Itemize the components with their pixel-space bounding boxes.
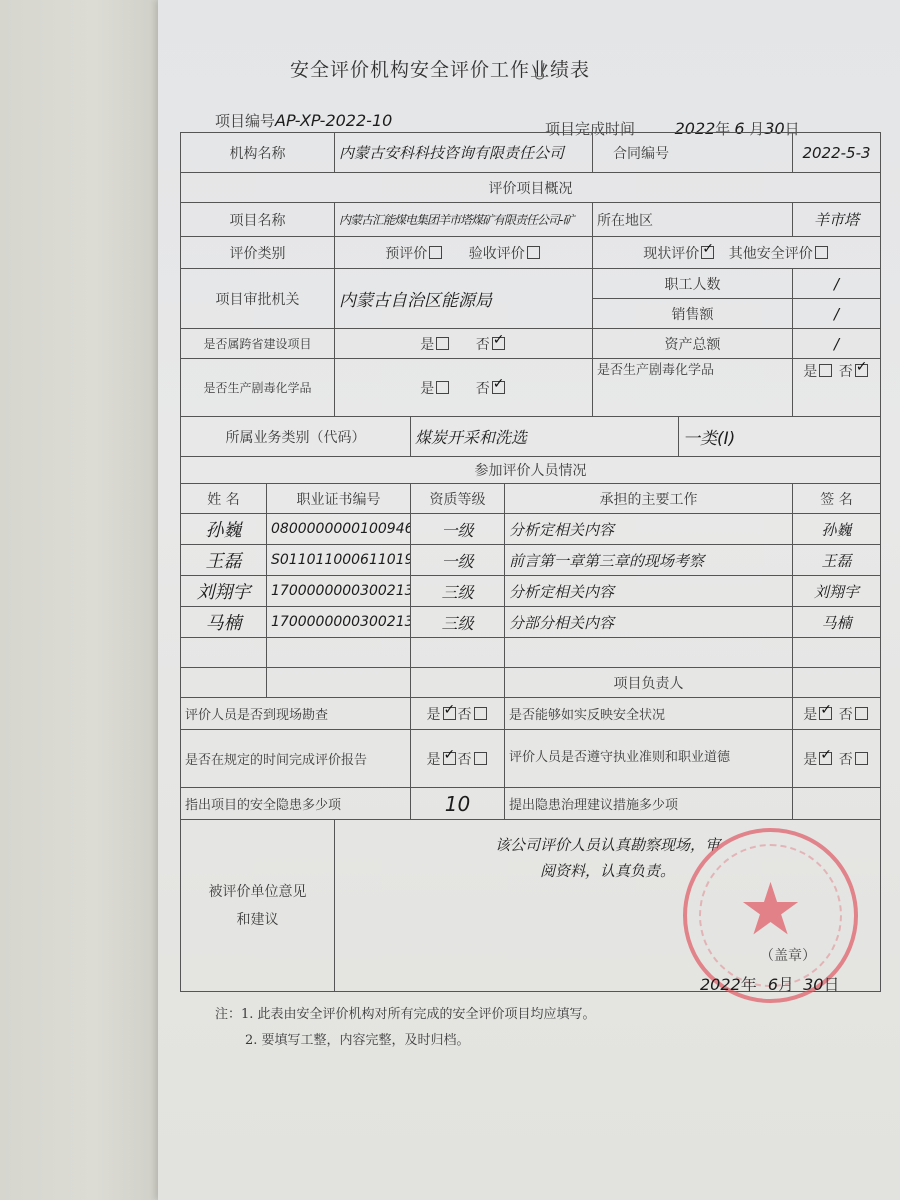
site-visit-label: 评价人员是否到现场勘查 bbox=[181, 698, 411, 730]
sign-year: 2022 bbox=[700, 975, 741, 994]
checkbox-cross-province-yes[interactable] bbox=[436, 337, 449, 350]
empty-cell bbox=[793, 668, 881, 698]
checkbox-ethics-yes[interactable] bbox=[819, 752, 832, 765]
no-label: 否 bbox=[839, 752, 853, 768]
on-time-no[interactable]: 否 bbox=[458, 752, 489, 768]
person-level: 三级 bbox=[441, 614, 473, 633]
assets-label: 资产总额 bbox=[593, 329, 793, 359]
project-number-label: 项目编号 bbox=[215, 112, 275, 130]
person-name-cell: 马楠 bbox=[181, 607, 267, 638]
measures-value bbox=[793, 788, 881, 820]
employees-text: / bbox=[834, 275, 839, 293]
approval-value: 内蒙古自治区能源局 bbox=[335, 269, 593, 329]
eval-type-other-label: 其他安全评价 bbox=[729, 246, 813, 262]
sign-month: 6 bbox=[768, 975, 778, 994]
empty-cell bbox=[505, 638, 793, 668]
person-work-cell: 分析定相关内容 bbox=[505, 514, 793, 545]
person-cert: S011011000611019100118 bbox=[271, 552, 411, 568]
person-level-cell: 三级 bbox=[411, 607, 505, 638]
person-signature: 马楠 bbox=[822, 614, 852, 632]
person-signature: 王磊 bbox=[822, 552, 852, 570]
reflect-no[interactable]: 否 bbox=[839, 707, 870, 723]
checkbox-other-eval[interactable] bbox=[815, 246, 828, 259]
eval-type-pre[interactable]: 预评价 bbox=[385, 246, 444, 262]
note-2: 2. 要填写工整，内容完整，及时归档。 bbox=[215, 1028, 596, 1054]
hazards-count: 10 bbox=[445, 792, 470, 816]
form-notes: 注：1. 此表由安全评价机构对所有完成的安全评价项目均应填写。 2. 要填写工整… bbox=[215, 1002, 596, 1054]
col-header-name: 姓 名 bbox=[181, 484, 267, 514]
no-label: 否 bbox=[839, 707, 853, 723]
project-leader-label: 项目负责人 bbox=[505, 668, 793, 698]
yes-label: 是 bbox=[427, 752, 441, 768]
eval-type-pre-label: 预评价 bbox=[385, 246, 427, 262]
on-time-label: 是否在规定的时间完成评价报告 bbox=[181, 730, 411, 788]
no-label: 否 bbox=[458, 752, 472, 768]
eval-type-other[interactable]: 其他安全评价 bbox=[729, 246, 830, 262]
yes-label: 是 bbox=[803, 707, 817, 723]
person-name-cell: 孙巍 bbox=[181, 514, 267, 545]
toxic2-no[interactable]: 否 bbox=[839, 364, 870, 380]
eval-type-current[interactable]: 现状评价 bbox=[643, 246, 716, 262]
employees-label: 职工人数 bbox=[593, 269, 793, 299]
checkbox-site-visit-yes[interactable] bbox=[443, 707, 456, 720]
month-char: 月 bbox=[778, 975, 794, 994]
business-category-value: 煤炭开采和洗选 bbox=[411, 417, 679, 457]
approval-label: 项目审批机关 bbox=[181, 269, 335, 329]
checkbox-cross-province-no[interactable] bbox=[492, 337, 505, 350]
business-code-text: 一类(I) bbox=[683, 429, 735, 449]
person-name: 刘翔宇 bbox=[197, 582, 251, 603]
table-row: 马楠1700000000300213三级分部分相关内容马楠 bbox=[181, 607, 881, 638]
checkbox-toxic2-yes[interactable] bbox=[819, 364, 832, 377]
reflect-safety-options: 是 否 bbox=[793, 698, 881, 730]
empty-cell bbox=[181, 638, 267, 668]
pen-scribble-mark bbox=[532, 62, 552, 82]
project-name-label: 项目名称 bbox=[181, 203, 335, 237]
no-label: 否 bbox=[458, 707, 472, 723]
person-name-cell: 刘翔宇 bbox=[181, 576, 267, 607]
person-signature-cell: 王磊 bbox=[793, 545, 881, 576]
project-name-text: 内蒙古汇能煤电集团羊市塔煤矿有限责任公司-矿 bbox=[339, 213, 573, 227]
checkbox-reflect-no[interactable] bbox=[855, 707, 868, 720]
person-cert: 1700000000300213 bbox=[271, 614, 411, 630]
person-level: 三级 bbox=[441, 583, 473, 602]
sign-date: 2022年 6月 30日 bbox=[700, 972, 840, 995]
empty-cell bbox=[411, 638, 505, 668]
person-work-cell: 前言第一章第三章的现场考察 bbox=[505, 545, 793, 576]
checkbox-toxic2-no[interactable] bbox=[855, 364, 868, 377]
contract-text: 2022-5-3 bbox=[802, 144, 870, 162]
note-1: 注：1. 此表由安全评价机构对所有完成的安全评价项目均应填写。 bbox=[215, 1002, 596, 1028]
checkbox-toxic-no[interactable] bbox=[492, 381, 505, 394]
no-label: 否 bbox=[476, 337, 490, 353]
table-row: 刘翔宇1700000000300213三级分析定相关内容刘翔宇 bbox=[181, 576, 881, 607]
business-category-label: 所属业务类别（代码） bbox=[181, 417, 411, 457]
personnel-header-row: 姓 名 职业证书编号 资质等级 承担的主要工作 签 名 bbox=[181, 484, 881, 514]
toxic-yes[interactable]: 是 bbox=[420, 381, 451, 397]
region-text: 羊市塔 bbox=[814, 211, 859, 229]
site-visit-options: 是否 bbox=[411, 698, 505, 730]
measures-label: 提出隐患治理建议措施多少项 bbox=[505, 788, 793, 820]
empty-cell bbox=[267, 668, 411, 698]
empty-cell bbox=[181, 668, 267, 698]
person-name: 王磊 bbox=[206, 551, 242, 572]
person-signature: 刘翔宇 bbox=[814, 583, 859, 601]
person-level-cell: 三级 bbox=[411, 576, 505, 607]
toxic-chemicals-options-2: 是 否 bbox=[793, 359, 881, 417]
person-work: 分析定相关内容 bbox=[509, 521, 614, 539]
ethics-yes[interactable]: 是 bbox=[803, 752, 834, 768]
col-header-level: 资质等级 bbox=[411, 484, 505, 514]
eval-type-acceptance[interactable]: 验收评价 bbox=[469, 246, 542, 262]
cross-province-yes[interactable]: 是 bbox=[420, 337, 451, 353]
toxic-chemicals-options: 是 否 bbox=[335, 359, 593, 417]
checkbox-pre-eval[interactable] bbox=[429, 246, 442, 259]
contract-label: 合同编号 bbox=[593, 133, 793, 173]
eval-type-label: 评价类别 bbox=[181, 237, 335, 269]
eval-type-acceptance-label: 验收评价 bbox=[469, 246, 525, 262]
yes-label: 是 bbox=[427, 707, 441, 723]
person-work-cell: 分部分相关内容 bbox=[505, 607, 793, 638]
person-level-cell: 一级 bbox=[411, 545, 505, 576]
checkbox-site-visit-no[interactable] bbox=[474, 707, 487, 720]
hazards-label: 指出项目的安全隐患多少项 bbox=[181, 788, 411, 820]
project-number-value: AP-XP-2022-10 bbox=[275, 111, 392, 130]
person-cert: 1700000000300213 bbox=[271, 583, 411, 599]
person-work: 前言第一章第三章的现场考察 bbox=[509, 552, 704, 570]
col-header-cert: 职业证书编号 bbox=[267, 484, 411, 514]
form-title: 安全评价机构安全评价工作业绩表 bbox=[180, 55, 700, 82]
eval-type-options-a: 预评价 验收评价 bbox=[335, 237, 593, 269]
yes-label: 是 bbox=[420, 381, 434, 397]
yes-label: 是 bbox=[803, 364, 817, 380]
ethics-options: 是 否 bbox=[793, 730, 881, 788]
cross-province-label: 是否属跨省建设项目 bbox=[181, 329, 335, 359]
eval-type-current-label: 现状评价 bbox=[643, 246, 699, 262]
person-name: 马楠 bbox=[206, 613, 242, 634]
contract-value: 2022-5-3 bbox=[793, 133, 881, 173]
person-signature: 孙巍 bbox=[822, 521, 852, 539]
empty-cell bbox=[267, 638, 411, 668]
person-cert-cell: 0800000000100946 bbox=[267, 514, 411, 545]
sign-day: 30 bbox=[803, 975, 823, 994]
person-work-cell: 分析定相关内容 bbox=[505, 576, 793, 607]
adjacent-page bbox=[0, 0, 158, 1200]
opinion-label-line2: 和建议 bbox=[185, 906, 330, 934]
empty-cell bbox=[793, 638, 881, 668]
person-level: 一级 bbox=[441, 552, 473, 571]
checkbox-on-time-no[interactable] bbox=[474, 752, 487, 765]
business-category-code: 一类(I) bbox=[679, 417, 881, 457]
toxic2-yes[interactable]: 是 bbox=[803, 364, 834, 380]
empty-cell bbox=[411, 668, 505, 698]
on-time-yes[interactable]: 是 bbox=[427, 752, 458, 768]
site-visit-yes[interactable]: 是 bbox=[427, 707, 458, 723]
person-work: 分部分相关内容 bbox=[509, 614, 614, 632]
sales-value: / bbox=[793, 299, 881, 329]
reflect-yes[interactable]: 是 bbox=[803, 707, 834, 723]
table-row: 孙巍0800000000100946一级分析定相关内容孙巍 bbox=[181, 514, 881, 545]
toxic-chemicals-label-2: 是否生产剧毒化学品 bbox=[593, 359, 793, 417]
person-signature-cell: 刘翔宇 bbox=[793, 576, 881, 607]
ethics-no[interactable]: 否 bbox=[839, 752, 870, 768]
approval-text: 内蒙古自治区能源局 bbox=[339, 291, 492, 311]
person-signature-cell: 孙巍 bbox=[793, 514, 881, 545]
toxic-no[interactable]: 否 bbox=[476, 381, 507, 397]
checkbox-acceptance-eval[interactable] bbox=[527, 246, 540, 259]
site-visit-no[interactable]: 否 bbox=[458, 707, 489, 723]
hazards-value: 10 bbox=[411, 788, 505, 820]
sales-text: / bbox=[834, 305, 839, 323]
personnel-rows: 孙巍0800000000100946一级分析定相关内容孙巍王磊S01101100… bbox=[181, 514, 881, 638]
overview-section-title: 评价项目概况 bbox=[181, 173, 881, 203]
col-header-sign: 签 名 bbox=[793, 484, 881, 514]
checkbox-ethics-no[interactable] bbox=[855, 752, 868, 765]
person-cert-cell: S011011000611019100118 bbox=[267, 545, 411, 576]
empty-row bbox=[181, 638, 881, 668]
assets-text: / bbox=[834, 335, 839, 353]
opinion-label: 被评价单位意见 和建议 bbox=[181, 820, 335, 992]
yes-label: 是 bbox=[420, 337, 434, 353]
person-level-cell: 一级 bbox=[411, 514, 505, 545]
eval-type-options-b: 现状评价 其他安全评价 bbox=[593, 237, 881, 269]
checkbox-toxic-yes[interactable] bbox=[436, 381, 449, 394]
sales-label: 销售额 bbox=[593, 299, 793, 329]
year-char: 年 bbox=[741, 975, 757, 994]
person-work: 分析定相关内容 bbox=[509, 583, 614, 601]
person-cert-cell: 1700000000300213 bbox=[267, 607, 411, 638]
checkbox-current-eval[interactable] bbox=[701, 246, 714, 259]
org-name-value: 内蒙古安科科技咨询有限责任公司 bbox=[335, 133, 593, 173]
person-level: 一级 bbox=[441, 521, 473, 540]
person-name: 孙巍 bbox=[206, 520, 242, 541]
table-row: 王磊S011011000611019100118一级前言第一章第三章的现场考察王… bbox=[181, 545, 881, 576]
seal-label: （盖章） bbox=[760, 945, 816, 965]
checkbox-on-time-yes[interactable] bbox=[443, 752, 456, 765]
ethics-label: 评价人员是否遵守执业准则和职业道德 bbox=[505, 730, 793, 788]
no-label: 否 bbox=[839, 364, 853, 380]
cross-province-options: 是 否 bbox=[335, 329, 593, 359]
cross-province-no[interactable]: 否 bbox=[476, 337, 507, 353]
personnel-section-title: 参加评价人员情况 bbox=[181, 457, 881, 484]
project-number: 项目编号AP-XP-2022-10 bbox=[215, 110, 392, 131]
region-value: 羊市塔 bbox=[793, 203, 881, 237]
yes-label: 是 bbox=[803, 752, 817, 768]
assets-value: / bbox=[793, 329, 881, 359]
person-cert-cell: 1700000000300213 bbox=[267, 576, 411, 607]
person-name-cell: 王磊 bbox=[181, 545, 267, 576]
org-name-text: 内蒙古安科科技咨询有限责任公司 bbox=[339, 144, 564, 162]
person-cert: 0800000000100946 bbox=[271, 521, 411, 537]
region-label: 所在地区 bbox=[593, 203, 793, 237]
no-label: 否 bbox=[476, 381, 490, 397]
day-char: 日 bbox=[823, 975, 839, 994]
person-signature-cell: 马楠 bbox=[793, 607, 881, 638]
checkbox-reflect-yes[interactable] bbox=[819, 707, 832, 720]
business-category-text: 煤炭开采和洗选 bbox=[415, 428, 527, 447]
col-header-work: 承担的主要工作 bbox=[505, 484, 793, 514]
on-time-options: 是否 bbox=[411, 730, 505, 788]
star-icon: ★ bbox=[738, 867, 803, 951]
org-name-label: 机构名称 bbox=[181, 133, 335, 173]
opinion-label-line1: 被评价单位意见 bbox=[185, 878, 330, 906]
reflect-safety-label: 是否能够如实反映安全状况 bbox=[505, 698, 793, 730]
project-name-value: 内蒙古汇能煤电集团羊市塔煤矿有限责任公司-矿 bbox=[335, 203, 593, 237]
employees-value: / bbox=[793, 269, 881, 299]
org-row: 机构名称 内蒙古安科科技咨询有限责任公司 合同编号 2022-5-3 bbox=[181, 133, 881, 173]
toxic-chemicals-label: 是否生产剧毒化学品 bbox=[181, 359, 335, 417]
